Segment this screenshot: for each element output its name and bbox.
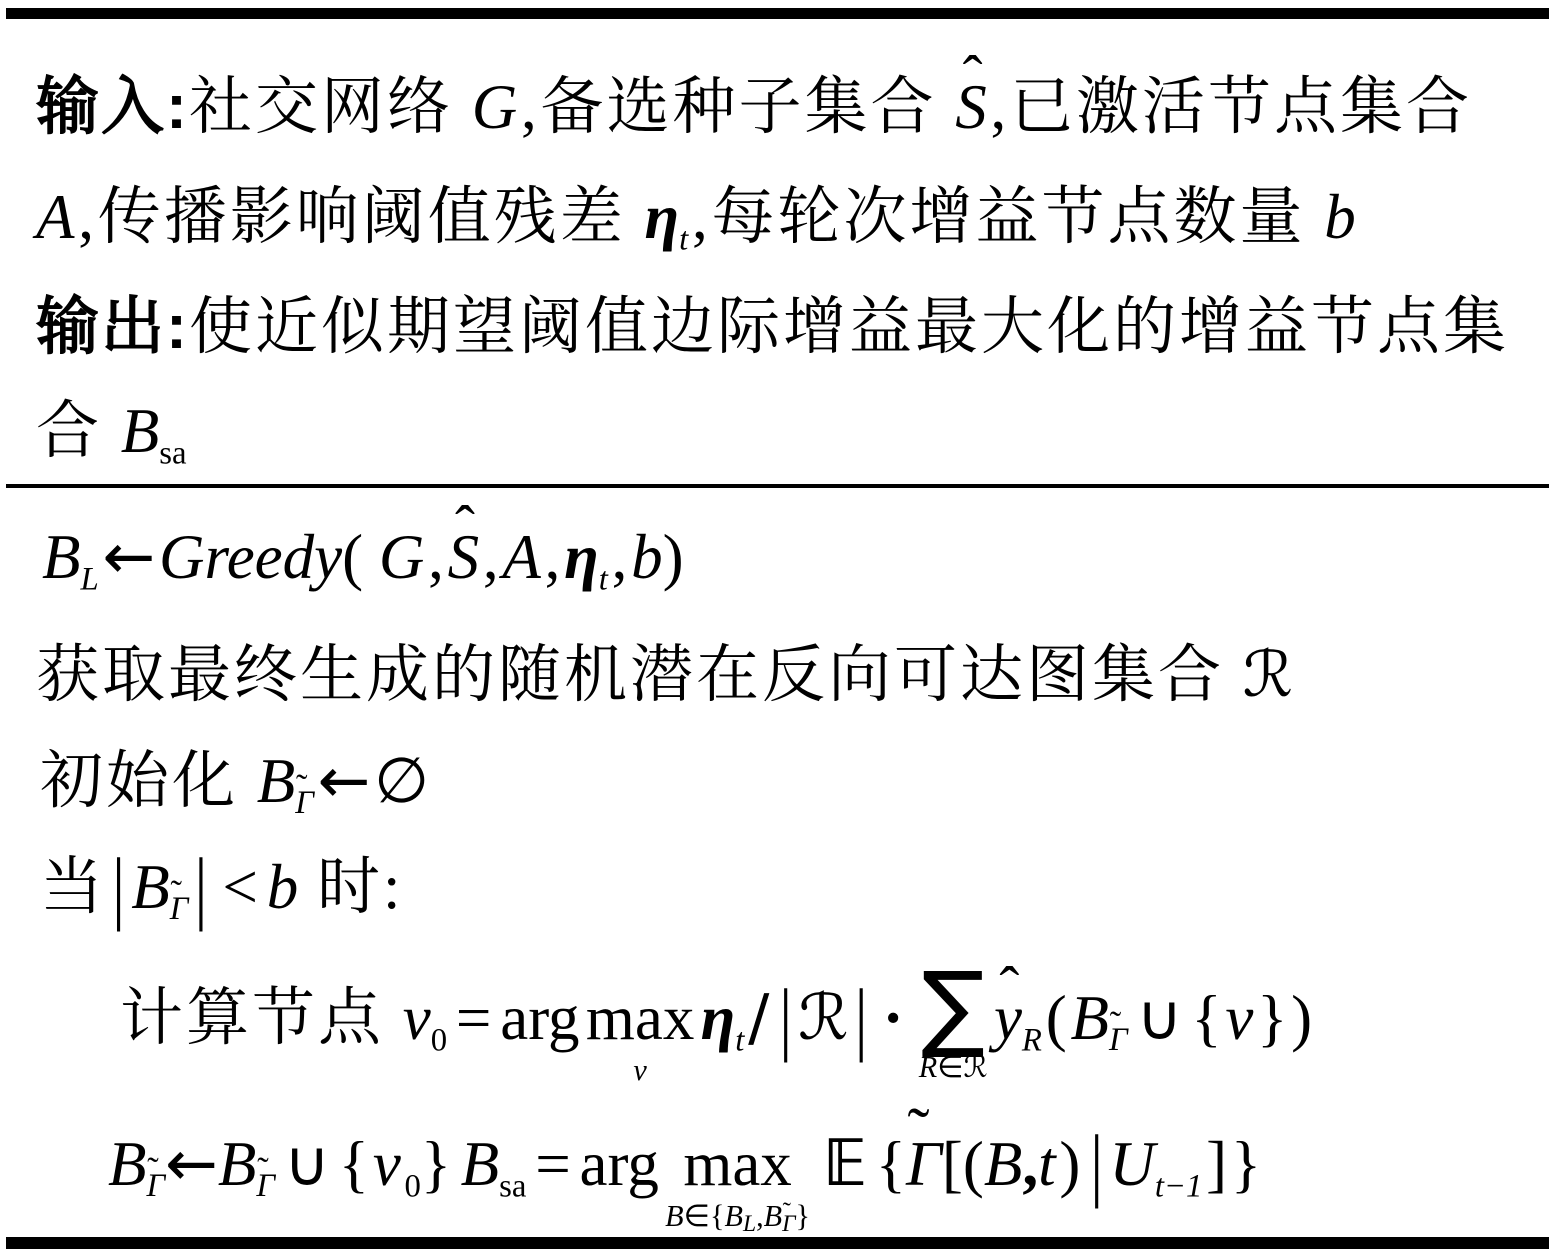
text-run: 获取最终生成的随机潜在反向可达图集合 [36,640,1243,710]
text-run: 合 [36,396,121,466]
bottom-rule [6,1237,1549,1249]
tilde-accent: ˜ [147,1153,158,1187]
script-R-set: ℛ [798,981,848,1054]
assign-arrow: ← [318,744,371,817]
assign-arrow: ← [102,520,155,593]
comma: , [612,522,628,592]
paren-close: ) [1059,1129,1080,1199]
var-B-L: B [42,522,80,592]
text-run: 使近似期望阈值边际增益最大化的增益节点集 [189,292,1509,362]
var-B-gamma-sub: ˜Γ [295,785,314,821]
var-eta: η [564,522,599,592]
var-B-gamma-sub: ˜Γ [146,1168,165,1204]
brace-close: } [1231,1129,1261,1199]
var-eta-sub: t [735,1022,744,1058]
arg-op: arg [500,983,579,1053]
var-B-L: B [724,1199,742,1233]
var-B-sa: B [121,396,159,466]
gamma-tilde: ˜Γ [782,1212,795,1238]
bracket-close: ] [1206,1129,1227,1199]
var-S-hat: ˆS [955,72,987,143]
tilde-accent: ˜ [1110,1007,1121,1041]
script-R-set: ℛ [1243,638,1293,711]
var-B-sa: B [461,1129,499,1199]
var-B-gamma: B [218,1129,256,1199]
max-op: max [683,1133,791,1196]
line-output-2: 合 Bsa [36,396,187,472]
empty-set: ∅ [374,744,429,817]
comma: , [1022,1129,1038,1199]
comma: , [483,522,499,592]
max-underset: maxv [586,987,694,1087]
equals: = [535,1129,571,1199]
algorithm-figure: 输入:社交网络 G,备选种子集合 ˆS,已激活节点集合 A,传播影响阈值残差 η… [0,0,1554,1255]
text-run: 初始化 [40,746,257,816]
element-of: ∈ [684,1199,710,1234]
sum-limits: R∈ℛ [919,1051,988,1084]
text-run: 时: [298,852,403,922]
text-run: 备选种子集合 [541,72,956,142]
hat-accent: ˆ [455,498,475,558]
var-B: B [984,1129,1022,1199]
abs-bar: | [779,972,792,1064]
var-G: G [472,72,518,142]
gamma-tilde: ˜Γ [146,1168,165,1205]
union-op: ∪ [1136,981,1182,1054]
text-run: 计算节点 [120,983,403,1053]
line-output-1: 输出:使近似期望阈值边际增益最大化的增益节点集 [36,292,1509,363]
comma: , [756,1199,764,1233]
var-G: G [379,522,425,592]
var-B-gamma: B [108,1129,146,1199]
divide-slash: ∕ [748,981,769,1054]
comma: , [78,182,94,252]
gamma-tilde: ˜Γ [170,891,189,928]
line-init: 初始化 B˜Γ←∅ [40,746,429,822]
var-B-gamma-sub: ˜Γ [170,891,189,927]
text-run: 已激活节点集合 [1010,72,1472,142]
less-than: < [222,852,258,922]
abs-bar: | [112,841,125,933]
comma: , [521,72,537,142]
gamma-tilde: ˜Γ [295,785,314,822]
var-v0-sub: 0 [405,1168,421,1204]
var-eta-sub: t [679,221,688,257]
var-eta: η [701,983,736,1053]
paren-open: ( [342,522,379,592]
var-A: A [502,522,540,592]
var-y-sub: R [1022,1022,1042,1058]
gamma-tilde: ˜Γ [1109,1022,1128,1059]
var-v0: v [403,983,431,1053]
tilde-accent: ˜ [170,876,181,910]
var-B-L-sub: L [743,1211,756,1237]
brace-close: } [796,1199,811,1233]
max-op: max [586,987,694,1050]
text-run: 当 [40,852,106,922]
var-A: A [36,182,74,252]
script-R-set: ℛ [964,1050,988,1085]
fn-greedy: Greedy [159,522,342,592]
union-op: ∪ [284,1127,330,1200]
line-update-select: B˜Γ←B˜Γ∪{v0}Bsa=argmaxB∈{BL,B˜Γ}𝔼{˜Γ[(B,… [108,1128,1261,1238]
brace-close: } [421,1129,451,1199]
var-B-sa-sub: sa [159,435,186,471]
var-B-gamma: B [131,852,169,922]
comma: , [692,182,708,252]
tilde-accent: ˜ [908,1099,930,1165]
var-U: U [1109,1129,1155,1199]
max-under-set: B∈{BL,B˜Γ} [665,1200,810,1238]
line-input-1: 输入:社交网络 G,备选种子集合 ˆS,已激活节点集合 [36,72,1472,143]
brace-open: { [1191,983,1221,1053]
var-eta: η [645,182,680,252]
max-under-v: v [633,1054,646,1087]
line-compute-node: 计算节点 v0=argmaxvηt∕|ℛ|·∑R∈ℛˆyR(B˜Γ∪{v}) [120,970,1316,1087]
abs-bar: | [855,972,868,1064]
text-run: 社交网络 [189,72,472,142]
gamma-tilde: ˜Γ [256,1168,275,1205]
var-b: b [1324,182,1356,252]
brace-open: { [339,1129,369,1199]
max-underset: maxB∈{BL,B˜Γ} [665,1133,810,1238]
line-while: 当|B˜Γ|<b 时: [40,852,403,928]
var-y-hat: ˆy [994,983,1022,1054]
text-run: 每轮次增益节点数量 [711,182,1324,252]
top-rule [6,8,1549,19]
var-B-gamma: B [764,1199,782,1233]
hat-accent: ˆ [963,48,983,108]
tilde-accent: ˜ [783,1200,791,1225]
input-label: 输入: [36,72,189,142]
paren-close: ) [1291,983,1312,1053]
var-B-gamma: B [1070,983,1108,1053]
comma: , [991,72,1007,142]
var-v0-sub: 0 [431,1022,447,1058]
brace-close: } [1257,983,1287,1053]
equals: = [456,983,492,1053]
var-t: t [1038,1129,1056,1199]
expectation-E: 𝔼 [824,1126,868,1201]
var-B-L-sub: L [80,561,98,597]
paren-open: ( [1046,983,1067,1053]
element-of: ∈ [937,1050,963,1085]
hat-accent: ˆ [999,959,1019,1019]
mid-rule [6,484,1549,488]
var-B-gamma-sub: ˜Γ [1109,1022,1128,1058]
var-B: B [665,1199,683,1233]
line-input-2: A,传播影响阈值残差 ηt,每轮次增益节点数量 b [36,182,1356,258]
paren-close: ) [663,522,684,592]
paren-open: ( [963,1129,984,1199]
var-S-hat: ˆS [448,522,480,593]
output-label: 输出: [36,292,189,362]
tilde-accent: ˜ [296,770,307,804]
cdot: · [883,983,904,1053]
var-eta-sub: t [599,561,608,597]
line-get-rr-sets: 获取最终生成的随机潜在反向可达图集合 ℛ [36,640,1293,711]
var-B-gamma-sub: ˜Γ [256,1168,275,1204]
var-B-sa-sub: sa [499,1168,526,1204]
var-v0: v [373,1129,401,1199]
comma: , [545,522,561,592]
sum-R: R [919,1050,937,1084]
tilde-accent: ˜ [257,1153,268,1187]
assign-arrow: ← [165,1127,218,1200]
var-B-gamma: B [257,746,295,816]
gamma-capital-tilde: ˜Γ [906,1129,942,1200]
bracket-open: [ [942,1129,963,1199]
brace-open: { [710,1199,725,1233]
var-v: v [1225,983,1253,1053]
sum-underset: ∑R∈ℛ [919,970,988,1084]
text-run: 传播影响阈值残差 [98,182,645,252]
arg-op: arg [580,1129,659,1199]
var-b: b [631,522,663,592]
sigma-op: ∑ [921,970,985,1046]
var-U-sub: t−1 [1155,1168,1203,1204]
var-b: b [267,852,299,922]
var-B-gamma-sub: ˜Γ [782,1211,795,1237]
brace-open: { [876,1129,906,1199]
line-greedy: BL←Greedy( G,ˆS,A,ηt,b) [42,522,684,598]
cond-bar: | [1090,1118,1103,1210]
abs-bar: | [195,841,208,933]
comma: , [428,522,444,592]
